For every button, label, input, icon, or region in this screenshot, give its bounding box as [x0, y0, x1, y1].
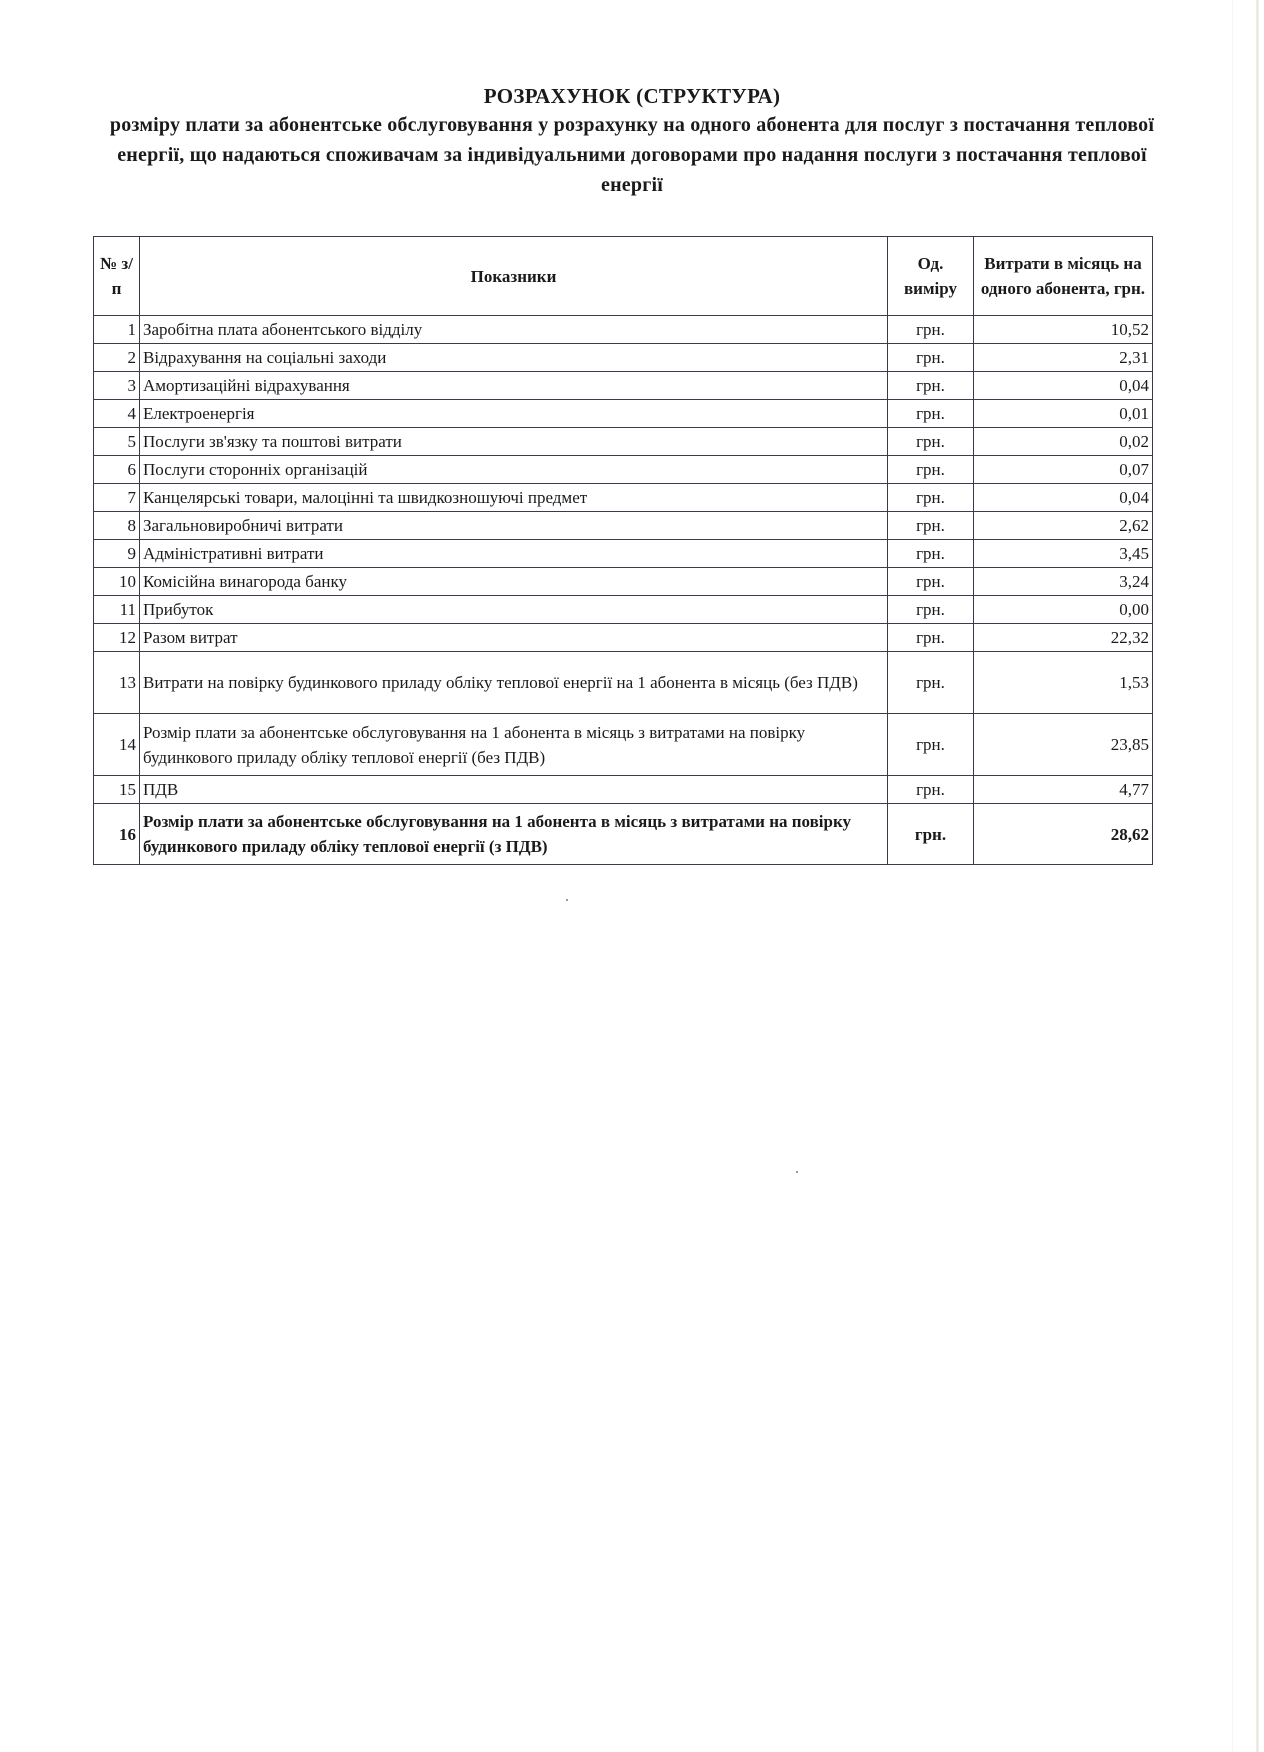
- document-subtitle: розміру плати за абонентське обслуговува…: [102, 110, 1162, 200]
- row-number: 10: [94, 568, 140, 596]
- row-indicator: Прибуток: [140, 596, 888, 624]
- row-value: 10,52: [974, 316, 1153, 344]
- table-row: 7Канцелярські товари, малоцінні та швидк…: [94, 484, 1153, 512]
- document-title: РОЗРАХУНОК (СТРУКТУРА): [0, 82, 1264, 110]
- row-value: 1,53: [974, 652, 1153, 714]
- row-number: 9: [94, 540, 140, 568]
- header-value: Витрати в місяць на одного абонента, грн…: [974, 237, 1153, 316]
- row-number: 3: [94, 372, 140, 400]
- row-indicator: Відрахування на соціальні заходи: [140, 344, 888, 372]
- row-value: 28,62: [974, 804, 1153, 865]
- row-indicator: Загальновиробничі витрати: [140, 512, 888, 540]
- row-number: 11: [94, 596, 140, 624]
- table-row: 12Разом витратгрн.22,32: [94, 624, 1153, 652]
- header-unit: Од. виміру: [888, 237, 974, 316]
- row-number: 8: [94, 512, 140, 540]
- row-unit: грн.: [888, 456, 974, 484]
- row-unit: грн.: [888, 316, 974, 344]
- row-number: 12: [94, 624, 140, 652]
- row-value: 0,00: [974, 596, 1153, 624]
- row-unit: грн.: [888, 776, 974, 804]
- row-value: 0,01: [974, 400, 1153, 428]
- table-row: 3Амортизаційні відрахуваннягрн.0,04: [94, 372, 1153, 400]
- scan-speck: [566, 899, 568, 901]
- row-value: 22,32: [974, 624, 1153, 652]
- row-unit: грн.: [888, 624, 974, 652]
- row-number: 15: [94, 776, 140, 804]
- row-value: 3,45: [974, 540, 1153, 568]
- row-unit: грн.: [888, 428, 974, 456]
- scan-edge-shadow: [1232, 0, 1233, 1752]
- row-number: 13: [94, 652, 140, 714]
- table-row: 16Розмір плати за абонентське обслуговув…: [94, 804, 1153, 865]
- row-value: 0,02: [974, 428, 1153, 456]
- row-number: 14: [94, 714, 140, 776]
- table-row: 1Заробітна плата абонентського відділугр…: [94, 316, 1153, 344]
- document-heading: РОЗРАХУНОК (СТРУКТУРА) розміру плати за …: [0, 82, 1264, 200]
- row-number: 7: [94, 484, 140, 512]
- header-num: № з/п: [94, 237, 140, 316]
- row-value: 2,31: [974, 344, 1153, 372]
- row-unit: грн.: [888, 512, 974, 540]
- row-indicator: Послуги сторонніх організацій: [140, 456, 888, 484]
- scan-speck: [796, 1171, 798, 1173]
- row-indicator: Канцелярські товари, малоцінні та швидко…: [140, 484, 888, 512]
- row-indicator: Електроенергія: [140, 400, 888, 428]
- table-row: 8Загальновиробничі витратигрн.2,62: [94, 512, 1153, 540]
- cost-structure-table: № з/п Показники Од. виміру Витрати в міс…: [93, 236, 1153, 865]
- row-indicator: Розмір плати за абонентське обслуговуван…: [140, 714, 888, 776]
- row-indicator: Комісійна винагорода банку: [140, 568, 888, 596]
- table-row: 13Витрати на повірку будинкового приладу…: [94, 652, 1153, 714]
- table-row: 14Розмір плати за абонентське обслуговув…: [94, 714, 1153, 776]
- table-row: 6Послуги сторонніх організаційгрн.0,07: [94, 456, 1153, 484]
- row-number: 5: [94, 428, 140, 456]
- row-value: 2,62: [974, 512, 1153, 540]
- row-unit: грн.: [888, 714, 974, 776]
- row-number: 16: [94, 804, 140, 865]
- row-unit: грн.: [888, 568, 974, 596]
- row-value: 23,85: [974, 714, 1153, 776]
- row-unit: грн.: [888, 540, 974, 568]
- row-indicator: Витрати на повірку будинкового приладу о…: [140, 652, 888, 714]
- row-unit: грн.: [888, 596, 974, 624]
- row-unit: грн.: [888, 484, 974, 512]
- row-unit: грн.: [888, 804, 974, 865]
- table-row: 15ПДВгрн.4,77: [94, 776, 1153, 804]
- table-row: 9Адміністративні витратигрн.3,45: [94, 540, 1153, 568]
- row-number: 6: [94, 456, 140, 484]
- table-row: 10Комісійна винагорода банкугрн.3,24: [94, 568, 1153, 596]
- row-indicator: Адміністративні витрати: [140, 540, 888, 568]
- table-row: 5Послуги зв'язку та поштові витратигрн.0…: [94, 428, 1153, 456]
- scan-edge: [1256, 0, 1259, 1752]
- row-unit: грн.: [888, 344, 974, 372]
- row-indicator: Амортизаційні відрахування: [140, 372, 888, 400]
- row-indicator: ПДВ: [140, 776, 888, 804]
- row-indicator: Заробітна плата абонентського відділу: [140, 316, 888, 344]
- row-indicator: Послуги зв'язку та поштові витрати: [140, 428, 888, 456]
- row-number: 4: [94, 400, 140, 428]
- table-row: 2Відрахування на соціальні заходигрн.2,3…: [94, 344, 1153, 372]
- row-value: 0,04: [974, 484, 1153, 512]
- header-indicator: Показники: [140, 237, 888, 316]
- row-unit: грн.: [888, 400, 974, 428]
- row-value: 4,77: [974, 776, 1153, 804]
- row-indicator: Розмір плати за абонентське обслуговуван…: [140, 804, 888, 865]
- row-value: 0,04: [974, 372, 1153, 400]
- row-value: 3,24: [974, 568, 1153, 596]
- row-unit: грн.: [888, 372, 974, 400]
- row-unit: грн.: [888, 652, 974, 714]
- row-number: 1: [94, 316, 140, 344]
- row-indicator: Разом витрат: [140, 624, 888, 652]
- row-number: 2: [94, 344, 140, 372]
- table-row: 4Електроенергіягрн.0,01: [94, 400, 1153, 428]
- table-header-row: № з/п Показники Од. виміру Витрати в міс…: [94, 237, 1153, 316]
- row-value: 0,07: [974, 456, 1153, 484]
- table-row: 11Прибутокгрн.0,00: [94, 596, 1153, 624]
